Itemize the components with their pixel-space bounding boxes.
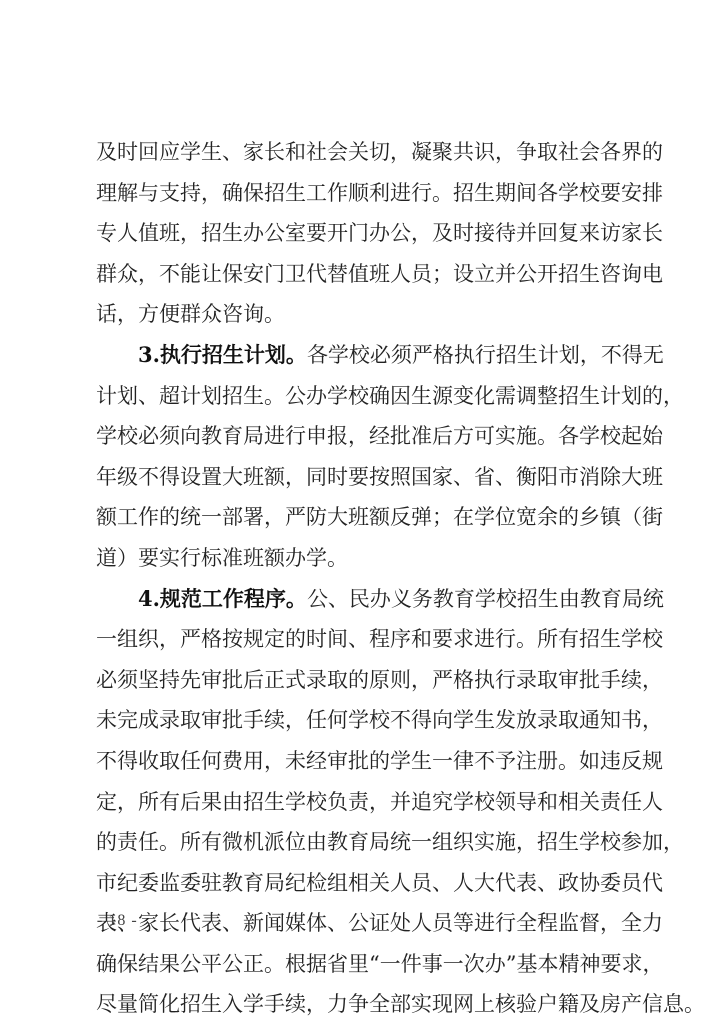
text-line: 话，方便群众咨询。 [96,294,623,335]
text-line: 计划、超计划招生。公办学校确因生源变化需调整招生计划的， [96,376,623,417]
document-page: 及时回应学生、家长和社会关切，凝聚共识，争取社会各界的 理解与支持，确保招生工作… [0,0,720,1019]
text-line: 必须坚持先审批后正式录取的原则，严格执行录取审批手续， [96,660,623,701]
text-line: 市纪委监委驻教育局纪检组相关人员、人大代表、政协委员代 [96,863,623,904]
section-heading-3: 3.执行招生计划。 [138,342,307,367]
text-line: 年级不得设置大班额，同时要按照国家、省、衡阳市消除大班 [96,457,623,498]
section-heading-4: 4.规范工作程序。 [138,586,307,611]
text-line: 专人值班，招生办公室要开门办公，及时接待并回复来访家长 [96,213,623,254]
text-line: 及时回应学生、家长和社会关切，凝聚共识，争取社会各界的 [96,132,623,173]
text-line: 不得收取任何费用，未经审批的学生一律不予注册。如违反规 [96,741,623,782]
text-line: 一组织，严格按规定的时间、程序和要求进行。所有招生学校 [96,619,623,660]
section-4-first-line: 4.规范工作程序。公、民办义务教育学校招生由教育局统 [96,579,623,620]
text-line: 确保结果公平公正。根据省里“一件事一次办”基本精神要求， [96,944,623,985]
text-line: 群众，不能让保安门卫代替值班人员；设立并公开招生咨询电 [96,254,623,295]
text-span: 各学校必须严格执行招生计划，不得无 [307,343,664,367]
section-3-first-line: 3.执行招生计划。各学校必须严格执行招生计划，不得无 [96,335,623,376]
text-line: 未完成录取审批手续，任何学校不得向学生发放录取通知书， [96,700,623,741]
text-line: 理解与支持，确保招生工作顺利进行。招生期间各学校要安排 [96,173,623,214]
text-line: 道）要实行标准班额办学。 [96,538,623,579]
text-line: 学校必须向教育局进行申报，经批准后方可实施。各学校起始 [96,416,623,457]
page-number: - 18 - [97,912,138,930]
body-text: 及时回应学生、家长和社会关切，凝聚共识，争取社会各界的 理解与支持，确保招生工作… [96,132,623,1019]
text-line: 表、家长代表、新闻媒体、公证处人员等进行全程监督，全力 [96,903,623,944]
text-line: 额工作的统一部署，严防大班额反弹；在学位宽余的乡镇（街 [96,497,623,538]
text-span: 公、民办义务教育学校招生由教育局统 [307,587,664,611]
text-line: 定，所有后果由招生学校负责，并追究学校领导和相关责任人 [96,782,623,823]
text-line: 尽量简化招生入学手续，力争全部实现网上核验户籍及房产信息。 [96,984,623,1019]
text-line: 的责任。所有微机派位由教育局统一组织实施，招生学校参加， [96,822,623,863]
